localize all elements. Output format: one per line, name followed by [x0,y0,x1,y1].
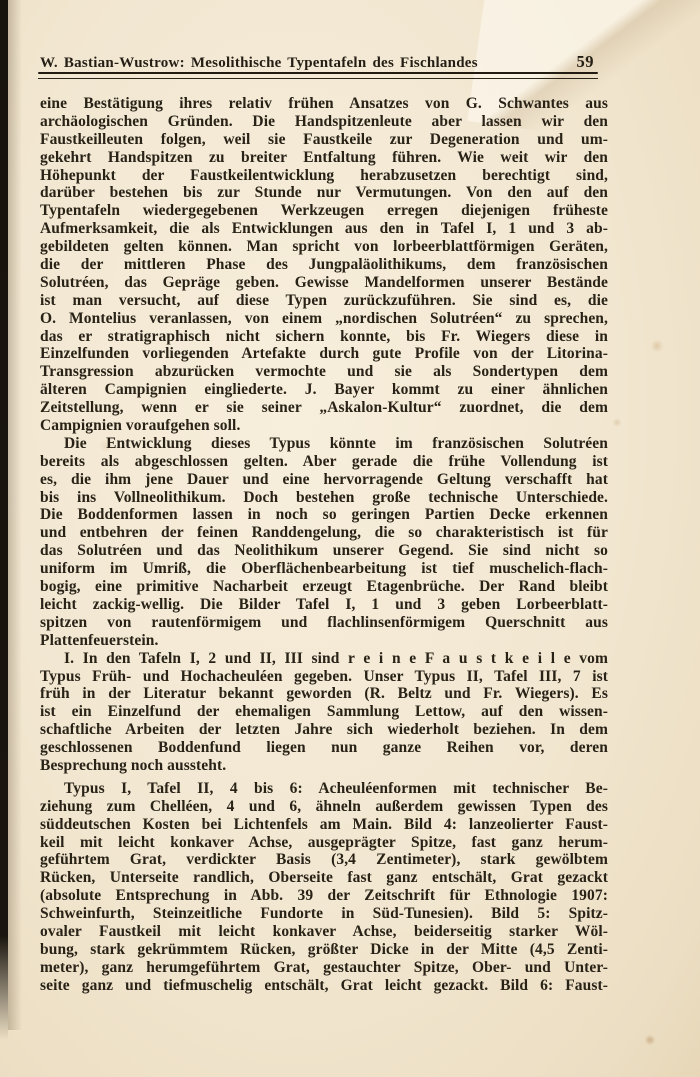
text-line: ist man versucht, auf diese Typen zurück… [40,292,608,310]
text-line: Typus I, Tafel II, 4 bis 6: Acheuléenfor… [40,780,608,798]
text-line: seite ganz und tiefmuschelig entschält, … [40,977,608,995]
paragraph: Die Entwicklung dieses Typus könnte im f… [40,435,608,650]
text-line: das Solutréen und das Neolithikum unsere… [40,542,608,560]
text-line: Campignien voraufgehen soll. [40,417,608,435]
text-line: O. Montelius veranlassen, von einem „nor… [40,310,608,328]
text-line: gebildeten gelten können. Man spricht vo… [40,238,608,256]
binding-shadow-soft [8,0,22,1030]
running-title: W. Bastian-Wustrow: Mesolithische Typent… [40,55,478,72]
paper-stain [650,340,664,352]
text-line: Plattenfeuerstein. [40,632,608,650]
text-line: bis ins Vollneolithikum. Doch bestehen g… [40,489,608,507]
text-line: Faustkeilleuten folgen, weil sie Faustke… [40,131,608,149]
text-line: und entbehren der feinen Randdengelung, … [40,524,608,542]
paragraph: Typus I, Tafel II, 4 bis 6: Acheuléenfor… [40,780,608,995]
text-line: es, die ihm jene Dauer und eine hervorra… [40,471,608,489]
paper-stain [612,418,622,427]
text-line: das er stratigraphisch nicht sichern kon… [40,328,608,346]
text-line: spitzen von rautenförmigem und flachlins… [40,614,608,632]
text-line: Höhepunkt der Faustkeilentwicklung herab… [40,167,608,185]
text-line: Rücken, Unterseite randlich, Oberseite f… [40,869,608,887]
page-number: 59 [577,52,609,72]
text-line: Transgression abzurücken vermochte und s… [40,363,608,381]
text-line: Schweinfurth, Steinzeitliche Fundorte in… [40,905,608,923]
paper-stain [644,1035,656,1045]
text-line: Die Boddenformen lassen in noch so gerin… [40,506,608,524]
text-line: ziehung zum Chelléen, 4 und 6, ähneln au… [40,798,608,816]
text-line: (absolute Entsprechung in Abb. 39 der Ze… [40,887,608,905]
text-line: keil mit leicht konkaver Achse, ausgeprä… [40,834,608,852]
text-line: ovaler Faustkeil mit leicht konkaver Ach… [40,923,608,941]
paragraph: I. In den Tafeln I, 2 und II, III sind r… [40,650,608,775]
text-line: süddeutschen Kosten bei Lichtenfels am M… [40,816,608,834]
text-line: die der mittleren Phase des Jungpaläolit… [40,256,608,274]
text-line: Besprechung noch aussteht. [40,757,608,775]
text-line: früh in der Literatur bekannt geworden (… [40,685,608,703]
text-line: geschlossenen Boddenfund liegen nun ganz… [40,739,608,757]
text-line: gekehrt Handspitzen zu breiter Entfaltun… [40,149,608,167]
scanned-page: W. Bastian-Wustrow: Mesolithische Typent… [0,0,700,1077]
text-line: bereits als abgeschlossen gelten. Aber g… [40,453,608,471]
text-line: ist ein Einzelfund der ehemaligen Sammlu… [40,703,608,721]
binding-shadow [0,0,8,1040]
text-line: geführtem Grat, verdickter Basis (3,4 Ze… [40,851,608,869]
header-rule-thin [38,78,598,79]
text-line: meter), ganz herumgeführtem Grat, gestau… [40,959,608,977]
page-header: W. Bastian-Wustrow: Mesolithische Typent… [40,52,608,72]
text-line: Zeitstellung, wenn er sie seiner „Askalo… [40,399,608,417]
text-line: Typentafeln wiedergegebenen Werkzeugen e… [40,202,608,220]
text-line: bogig, eine primitive Nacharbeit erzeugt… [40,578,608,596]
paragraph: eine Bestätigung ihres relativ frühen An… [40,95,608,435]
text-line: I. In den Tafeln I, 2 und II, III sind r… [40,650,608,668]
text-line: älteren Campignien eingliederte. J. Baye… [40,381,608,399]
text-line: Solutréen, das Gepräge geben. Gewisse Ma… [40,274,608,292]
text-line: Aufmerksamkeit, die als Entwicklungen au… [40,220,608,238]
text-line: Die Entwicklung dieses Typus könnte im f… [40,435,608,453]
text-line: bung, stark gekrümmtem Rücken, größter D… [40,941,608,959]
text-line: Einzelfunden vorliegenden Artefakte durc… [40,345,608,363]
text-line: darüber bestehen bis zur Stunde nur Verm… [40,184,608,202]
body-text: eine Bestätigung ihres relativ frühen An… [40,95,608,995]
text-line: leicht zackig-wellig. Die Bilder Tafel I… [40,596,608,614]
text-line: Typus Früh- und Hochacheuléen gegeben. U… [40,668,608,686]
text-line: archäologischen Gründen. Die Handspitzen… [40,113,608,131]
text-line: uniform im Umriß, die Oberflächenbearbei… [40,560,608,578]
text-line: schaftliche Arbeiten der letzten Jahre s… [40,721,608,739]
text-line: eine Bestätigung ihres relativ frühen An… [40,95,608,113]
